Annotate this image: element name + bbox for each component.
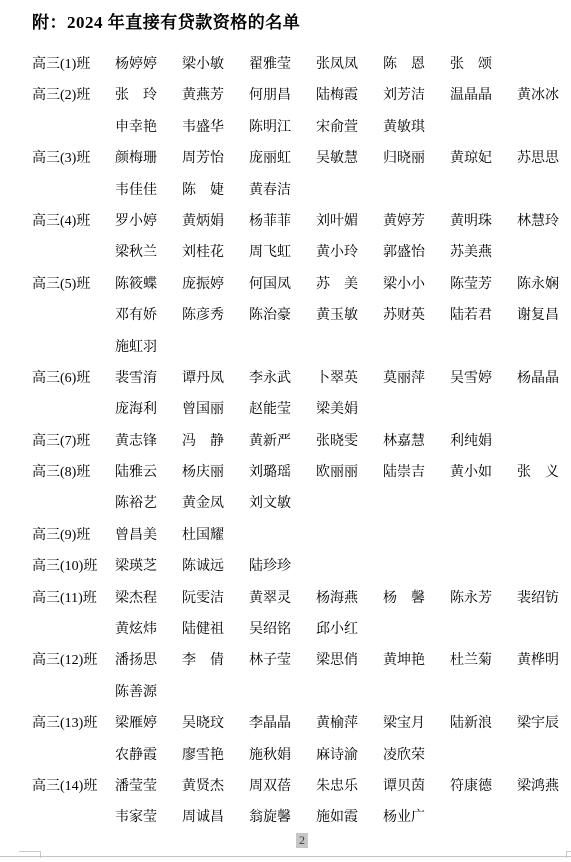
page-title: 附：2024 年直接有贷款资格的名单 — [32, 8, 300, 33]
student-name: 梁宇辰 — [517, 708, 571, 739]
student-name: 廖雪艳 — [182, 740, 249, 771]
class-label: 高三(10)班 — [32, 551, 115, 582]
roster-line: 高三(9)班曾昌美杜国耀 — [32, 520, 571, 551]
student-name: 黄炳娟 — [182, 206, 249, 237]
roster-line: 黄炫炜陆健祖吴绍铭邱小红 — [32, 614, 571, 645]
student-name: 李永武 — [249, 363, 316, 394]
student-name: 麻诗渝 — [316, 740, 383, 771]
student-name: 莫丽萍 — [383, 363, 450, 394]
student-name: 李 倩 — [182, 645, 249, 676]
student-name: 黄敏琪 — [383, 112, 450, 143]
roster-line: 高三(4)班罗小婷黄炳娟杨菲菲刘叶媚黄婷芳黄明珠林慧玲 — [32, 206, 571, 237]
student-name: 翟雅莹 — [249, 49, 316, 80]
student-name: 吴晓玟 — [182, 708, 249, 739]
student-name: 杨 馨 — [383, 583, 450, 614]
page-number-field: 2 — [296, 833, 308, 848]
student-name: 陆若君 — [450, 300, 517, 331]
student-name: 黄婷芳 — [383, 206, 450, 237]
document-page: 附：2024 年直接有贷款资格的名单 高三(1)班杨婷婷梁小敏翟雅莹张凤凤陈 恩… — [0, 0, 571, 862]
student-name: 何国凤 — [249, 269, 316, 300]
student-name: 梁秋兰 — [115, 237, 182, 268]
student-name: 黄小如 — [450, 457, 517, 488]
student-name: 裴雪淯 — [115, 363, 182, 394]
student-name: 陈善源 — [115, 677, 182, 708]
student-name: 梁思俏 — [316, 645, 383, 676]
student-name: 何朋昌 — [249, 80, 316, 111]
roster-line: 韦家莹周诚昌翁旋馨施如霞杨业广 — [32, 802, 571, 833]
student-name: 张晓雯 — [316, 426, 383, 457]
student-name: 欧丽丽 — [316, 457, 383, 488]
class-label: 高三(12)班 — [32, 645, 115, 676]
student-name: 张 玲 — [115, 80, 182, 111]
student-name: 陆新浪 — [450, 708, 517, 739]
student-name: 周芳怡 — [182, 143, 249, 174]
student-name: 梁美娟 — [316, 394, 383, 425]
student-name: 黄志锋 — [115, 426, 182, 457]
student-name: 梁鸿燕 — [517, 771, 571, 802]
student-name: 吴绍铭 — [249, 614, 316, 645]
class-label: 高三(2)班 — [32, 80, 115, 111]
student-name: 苏 美 — [316, 269, 383, 300]
loan-eligibility-roster: 高三(1)班杨婷婷梁小敏翟雅莹张凤凤陈 恩张 颂高三(2)班张 玲黄燕芳何朋昌陆… — [32, 49, 571, 834]
student-name: 邱小红 — [316, 614, 383, 645]
roster-line: 邓有娇陈彦秀陈治豪黄玉敏苏财英陆若君谢复昌 — [32, 300, 571, 331]
student-name: 苏美燕 — [450, 237, 517, 268]
student-name: 谭丹凤 — [182, 363, 249, 394]
roster-line: 高三(11)班梁杰程阮雯洁黄翠灵杨海燕杨 馨陈永芳裴绍钫 — [32, 583, 571, 614]
student-name: 黄小玲 — [316, 237, 383, 268]
student-name: 吴敏慧 — [316, 143, 383, 174]
roster-line: 高三(7)班黄志锋冯 静黄新严张晓雯林嘉慧利纯娟 — [32, 426, 571, 457]
student-name: 邓有娇 — [115, 300, 182, 331]
roster-line: 高三(1)班杨婷婷梁小敏翟雅莹张凤凤陈 恩张 颂 — [32, 49, 571, 80]
class-label: 高三(5)班 — [32, 269, 115, 300]
student-name: 黄明珠 — [450, 206, 517, 237]
roster-line: 高三(3)班颜梅珊周芳怡庞丽虹吴敏慧归晓丽黄琼妃苏思思 — [32, 143, 571, 174]
student-name: 黄春洁 — [249, 175, 316, 206]
student-name: 韦家莹 — [115, 802, 182, 833]
student-name: 刘文敏 — [249, 488, 316, 519]
roster-line: 施虹羽 — [32, 332, 571, 363]
student-name: 陈 婕 — [182, 175, 249, 206]
student-name: 凌欣荣 — [383, 740, 450, 771]
student-name: 温晶晶 — [450, 80, 517, 111]
student-name: 吴雪婷 — [450, 363, 517, 394]
student-name: 林嘉慧 — [383, 426, 450, 457]
student-name: 周诚昌 — [182, 802, 249, 833]
student-name: 曾国丽 — [182, 394, 249, 425]
student-name: 陆崇吉 — [383, 457, 450, 488]
student-name: 梁杰程 — [115, 583, 182, 614]
student-name: 陈莹芳 — [450, 269, 517, 300]
student-name: 梁宝月 — [383, 708, 450, 739]
student-name: 庞丽虹 — [249, 143, 316, 174]
student-name: 谢复昌 — [517, 300, 571, 331]
student-name: 韦佳佳 — [115, 175, 182, 206]
student-name: 黄琼妃 — [450, 143, 517, 174]
student-name: 梁瑛芝 — [115, 551, 182, 582]
student-name: 庞海利 — [115, 394, 182, 425]
class-label: 高三(14)班 — [32, 771, 115, 802]
student-name: 农静霞 — [115, 740, 182, 771]
student-name: 张凤凤 — [316, 49, 383, 80]
student-name: 杨晶晶 — [517, 363, 571, 394]
student-name: 申幸艳 — [115, 112, 182, 143]
roster-line: 韦佳佳陈 婕黄春洁 — [32, 175, 571, 206]
class-label: 高三(8)班 — [32, 457, 115, 488]
student-name: 阮雯洁 — [182, 583, 249, 614]
roster-line: 陈裕艺黄金凤刘文敏 — [32, 488, 571, 519]
roster-line: 梁秋兰刘桂花周飞虹黄小玲郭盛怡苏美燕 — [32, 237, 571, 268]
student-name: 陈彦秀 — [182, 300, 249, 331]
roster-line: 高三(2)班张 玲黄燕芳何朋昌陆梅霞刘芳洁温晶晶黄冰冰 — [32, 80, 571, 111]
student-name: 郭盛怡 — [383, 237, 450, 268]
student-name: 苏思思 — [517, 143, 571, 174]
student-name: 利纯娟 — [450, 426, 517, 457]
roster-line: 高三(10)班梁瑛芝陈诚远陆珍珍 — [32, 551, 571, 582]
student-name: 陈 恩 — [383, 49, 450, 80]
roster-line: 陈善源 — [32, 677, 571, 708]
student-name: 陈裕艺 — [115, 488, 182, 519]
student-name: 陈永芳 — [450, 583, 517, 614]
student-name: 陈治豪 — [249, 300, 316, 331]
roster-line: 申幸艳韦盛华陈明江宋俞萱黄敏琪 — [32, 112, 571, 143]
student-name: 苏财英 — [383, 300, 450, 331]
student-name: 裴绍钫 — [517, 583, 571, 614]
student-name: 杜国耀 — [182, 520, 249, 551]
roster-line: 庞海利曾国丽赵能莹梁美娟 — [32, 394, 571, 425]
student-name: 黄炫炜 — [115, 614, 182, 645]
student-name: 林慧玲 — [517, 206, 571, 237]
class-label: 高三(13)班 — [32, 708, 115, 739]
student-name: 陈明江 — [249, 112, 316, 143]
student-name: 陈诚远 — [182, 551, 249, 582]
student-name: 黄新严 — [249, 426, 316, 457]
student-name: 黄坤艳 — [383, 645, 450, 676]
student-name: 杨业广 — [383, 802, 450, 833]
class-label: 高三(1)班 — [32, 49, 115, 80]
student-name: 杜兰菊 — [450, 645, 517, 676]
student-name: 施秋娟 — [249, 740, 316, 771]
student-name: 黄玉敏 — [316, 300, 383, 331]
class-label: 高三(4)班 — [32, 206, 115, 237]
class-label: 高三(7)班 — [32, 426, 115, 457]
roster-line: 高三(6)班裴雪淯谭丹凤李永武卜翠英莫丽萍吴雪婷杨晶晶 — [32, 363, 571, 394]
student-name: 罗小婷 — [115, 206, 182, 237]
student-name: 赵能莹 — [249, 394, 316, 425]
student-name: 黄金凤 — [182, 488, 249, 519]
student-name: 谭贝茵 — [383, 771, 450, 802]
student-name: 张 颂 — [450, 49, 517, 80]
class-label: 高三(9)班 — [32, 520, 115, 551]
roster-line: 农静霞廖雪艳施秋娟麻诗渝凌欣荣 — [32, 740, 571, 771]
class-label: 高三(3)班 — [32, 143, 115, 174]
roster-line: 高三(14)班潘莹莹黄贤杰周双蓓朱忠乐谭贝茵符康德梁鸿燕 — [32, 771, 571, 802]
student-name: 潘扬思 — [115, 645, 182, 676]
student-name: 陆健祖 — [182, 614, 249, 645]
student-name: 黄榆萍 — [316, 708, 383, 739]
student-name: 施虹羽 — [115, 332, 182, 363]
student-name: 陈筱蝶 — [115, 269, 182, 300]
student-name: 黄贤杰 — [182, 771, 249, 802]
class-label: 高三(6)班 — [32, 363, 115, 394]
student-name: 宋俞萱 — [316, 112, 383, 143]
student-name: 李晶晶 — [249, 708, 316, 739]
student-name: 黄燕芳 — [182, 80, 249, 111]
student-name: 陆梅霞 — [316, 80, 383, 111]
student-name: 潘莹莹 — [115, 771, 182, 802]
roster-line: 高三(12)班潘扬思李 倩林子莹梁思俏黄坤艳杜兰菊黄桦明 — [32, 645, 571, 676]
student-name: 曾昌美 — [115, 520, 182, 551]
student-name: 杨庆丽 — [182, 457, 249, 488]
class-label: 高三(11)班 — [32, 583, 115, 614]
student-name: 杨菲菲 — [249, 206, 316, 237]
student-name: 刘桂花 — [182, 237, 249, 268]
page-boundary-line — [0, 856, 571, 857]
student-name: 颜梅珊 — [115, 143, 182, 174]
student-name: 陈永娴 — [517, 269, 571, 300]
student-name: 杨婷婷 — [115, 49, 182, 80]
student-name: 黄翠灵 — [249, 583, 316, 614]
student-name: 韦盛华 — [182, 112, 249, 143]
roster-line: 高三(5)班陈筱蝶庞振婷何国凤苏 美梁小小陈莹芳陈永娴 — [32, 269, 571, 300]
student-name: 周飞虹 — [249, 237, 316, 268]
student-name: 黄冰冰 — [517, 80, 571, 111]
student-name: 周双蓓 — [249, 771, 316, 802]
student-name: 刘璐瑶 — [249, 457, 316, 488]
roster-line: 高三(8)班陆雅云杨庆丽刘璐瑶欧丽丽陆崇吉黄小如张 义 — [32, 457, 571, 488]
student-name: 梁小小 — [383, 269, 450, 300]
student-name: 梁小敏 — [182, 49, 249, 80]
student-name: 陆珍珍 — [249, 551, 316, 582]
student-name: 陆雅云 — [115, 457, 182, 488]
student-name: 梁雁婷 — [115, 708, 182, 739]
student-name: 刘叶媚 — [316, 206, 383, 237]
student-name: 杨海燕 — [316, 583, 383, 614]
student-name: 朱忠乐 — [316, 771, 383, 802]
student-name: 黄桦明 — [517, 645, 571, 676]
student-name: 冯 静 — [182, 426, 249, 457]
student-name: 庞振婷 — [182, 269, 249, 300]
roster-line: 高三(13)班梁雁婷吴晓玟李晶晶黄榆萍梁宝月陆新浪梁宇辰 — [32, 708, 571, 739]
student-name: 符康德 — [450, 771, 517, 802]
student-name: 张 义 — [517, 457, 571, 488]
student-name: 翁旋馨 — [249, 802, 316, 833]
student-name: 归晓丽 — [383, 143, 450, 174]
student-name: 林子莹 — [249, 645, 316, 676]
student-name: 刘芳洁 — [383, 80, 450, 111]
student-name: 卜翠英 — [316, 363, 383, 394]
student-name: 施如霞 — [316, 802, 383, 833]
